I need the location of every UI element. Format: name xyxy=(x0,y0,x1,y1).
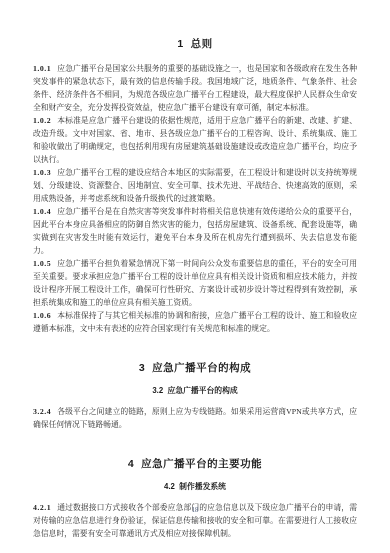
document-page: 1 总则 1.0.1应急广播平台是国家公共服务的重要的基础设施之一，也是国家和各… xyxy=(0,0,390,553)
clause-1-0-3: 1.0.3应急广播平台工程的建设应结合本地区的实际需要，在工程设计和建设时以支持… xyxy=(33,166,357,205)
section-1-heading: 1 总则 xyxy=(33,36,357,51)
clause-3-2-4: 3.2.4各级平台之间建立的链路，原则上应为专线链路。如果采用运营商VPN或共享… xyxy=(33,405,357,431)
clause-number: 3.2.4 xyxy=(33,407,51,416)
clause-number: 1.0.2 xyxy=(33,116,51,125)
clause-text: 应急广播平台工程的建设应结合本地区的实际需要，在工程设计和建设时以支持统筹规划、… xyxy=(33,168,357,203)
clause-number: 1.0.4 xyxy=(33,207,51,216)
clause-1-0-1: 1.0.1应急广播平台是国家公共服务的重要的基础设施之一，也是国家和各级政府在发… xyxy=(33,62,357,114)
clause-text: 本标准保持了与其它相关标准的协调和衔接，应急广播平台工程的设计、施工和验收应遵循… xyxy=(33,311,357,333)
clause-text: 应急广播平台是国家公共服务的重要的基础设施之一，也是国家和各级政府在发生各种突发… xyxy=(33,64,357,112)
clause-text: 应急广播平台担负着紧急情况下第一时间向公众发布重要信息的重任，平台的安全可用至关… xyxy=(33,259,357,307)
clause-text: 应急广播平台是在自然灾害等突发事件时将相关信息快速有效传递给公众的重要平台，因此… xyxy=(33,207,357,255)
clause-number: 1.0.6 xyxy=(33,311,51,320)
section-4-heading: 4 应急广播平台的主要功能 xyxy=(33,456,357,471)
page-content: 1 总则 1.0.1应急广播平台是国家公共服务的重要的基础设施之一，也是国家和各… xyxy=(0,0,390,540)
clause-1-0-4: 1.0.4应急广播平台是在自然灾害等突发事件时将相关信息快速有效传递给公众的重要… xyxy=(33,205,357,257)
clause-number: 1.0.5 xyxy=(33,259,51,268)
section-3-heading: 3 应急广播平台的构成 xyxy=(33,360,357,375)
clause-text: 各级平台之间建立的链路，原则上应为专线链路。如果采用运营商VPN或共享方式，应确… xyxy=(33,407,357,429)
clause-1-0-6: 1.0.6本标准保持了与其它相关标准的协调和衔接，应急广播平台工程的设计、施工和… xyxy=(33,309,357,335)
clause-number: 1.0.3 xyxy=(33,168,51,177)
page-number: 18 xyxy=(0,507,390,514)
clause-number: 1.0.1 xyxy=(33,64,51,73)
clause-text: 本标准是应急广播平台建设的依据性规范，适用于应急广播平台的新建、改建、扩建、改造… xyxy=(33,116,357,164)
clause-1-0-5: 1.0.5应急广播平台担负着紧急情况下第一时间向公众发布重要信息的重任，平台的安… xyxy=(33,257,357,309)
section-4-2-heading: 4.2 制作播发系统 xyxy=(33,481,357,492)
clause-1-0-2: 1.0.2本标准是应急广播平台建设的依据性规范，适用于应急广播平台的新建、改建、… xyxy=(33,114,357,166)
section-3-2-heading: 3.2 应急广播平台的构成 xyxy=(33,385,357,396)
